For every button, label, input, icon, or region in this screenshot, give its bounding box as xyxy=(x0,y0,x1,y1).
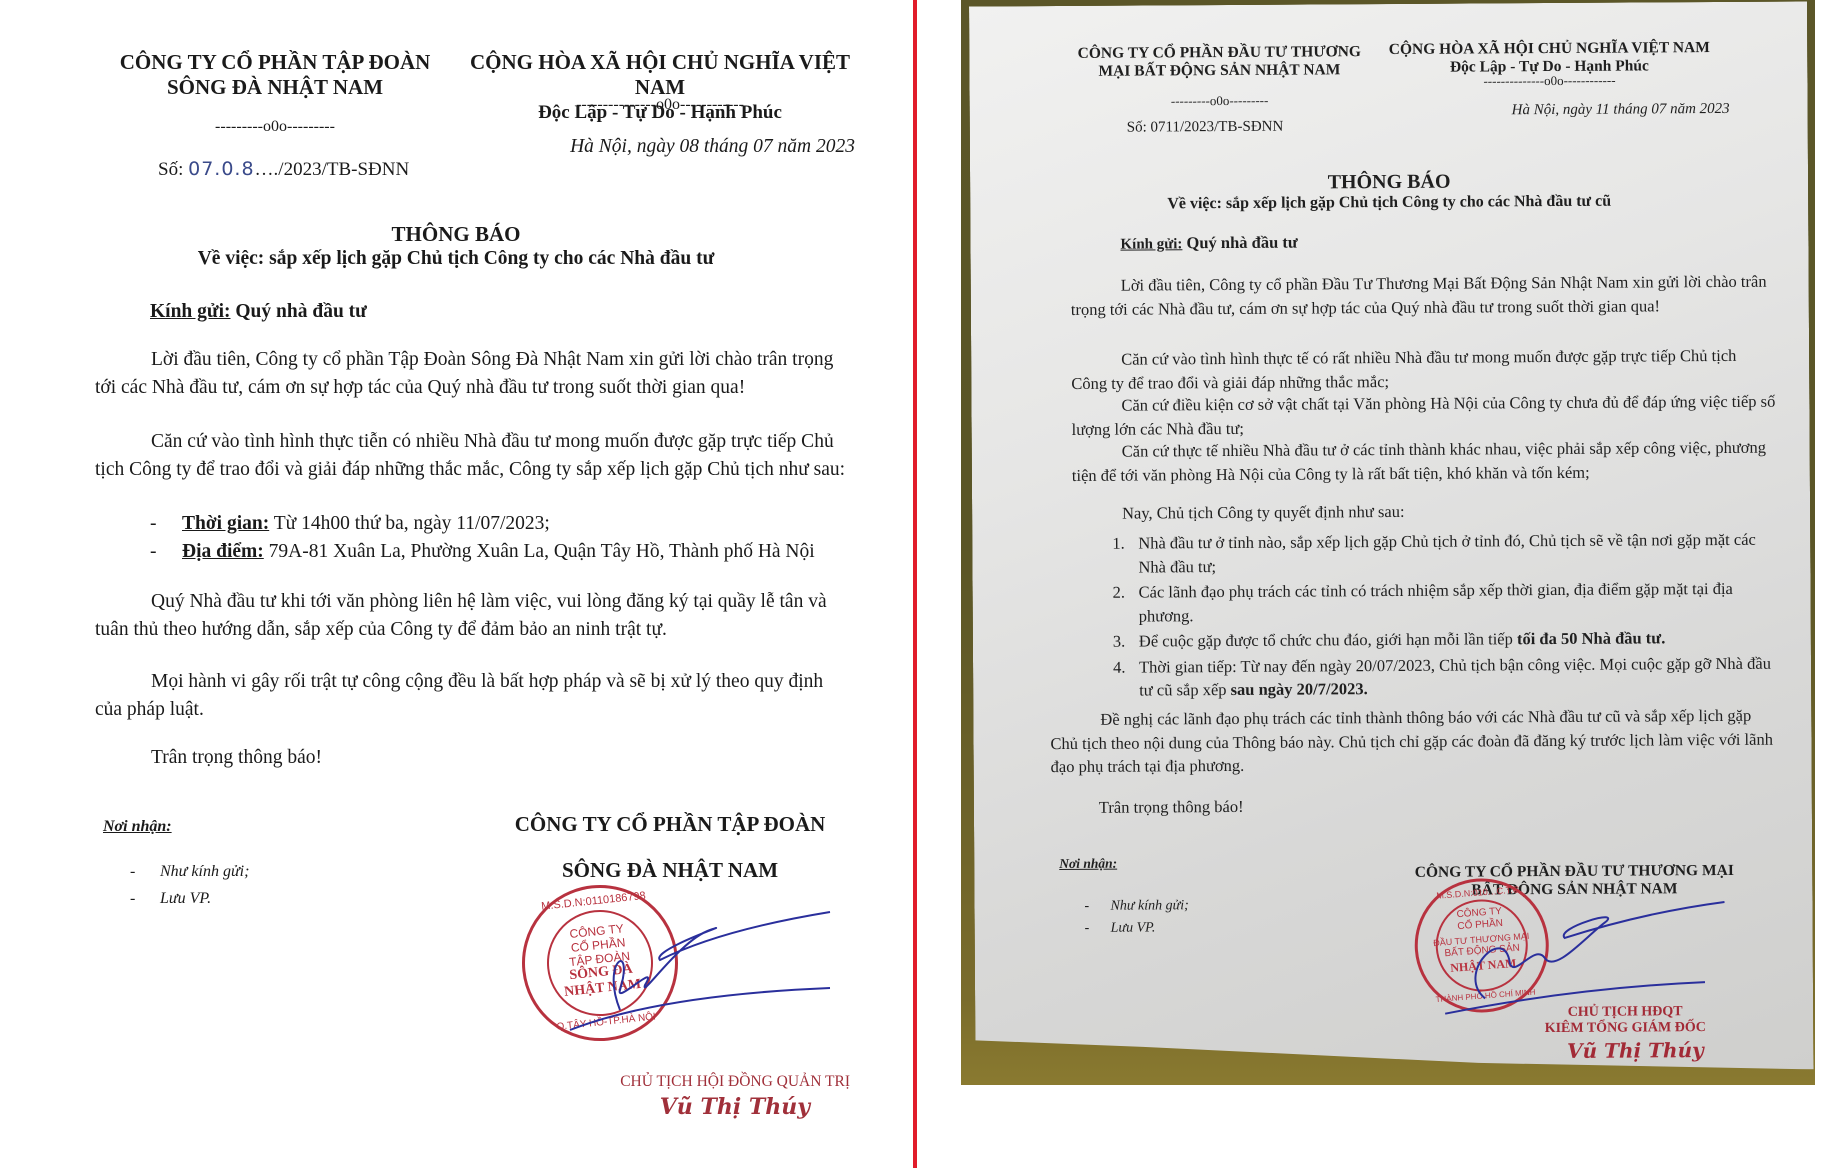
closing: Trân trọng thông báo! xyxy=(151,744,322,772)
recipient-line: Kính gửi: Quý nhà đầu tư xyxy=(1120,231,1297,258)
receiver-item: Như kính gửi; xyxy=(1110,898,1188,913)
left-company-header: CÔNG TY CỔ PHẦN TẬP ĐOÀN SÔNG ĐÀ NHẬT NA… xyxy=(100,50,450,100)
doc-number-suffix: …./2023/TB-SĐNN xyxy=(255,159,410,180)
decision-num: 1. xyxy=(1112,532,1138,579)
notice-title: THÔNG BÁO xyxy=(0,222,912,247)
decision-text: Nhà đầu tư ở tỉnh nào, sắp xếp lịch gặp … xyxy=(1138,530,1756,576)
schedule-value: 79A-81 Xuân La, Phường Xuân La, Quận Tây… xyxy=(269,541,815,562)
paragraph-registration: Quý Nhà đầu tư khi tới văn phòng liên hệ… xyxy=(95,588,855,644)
bullet-dash: - xyxy=(150,510,182,538)
receivers-list: -Như kính gửi; -Lưu VP. xyxy=(1084,895,1189,940)
company-name-line2: SÔNG ĐÀ NHẬT NAM xyxy=(100,75,450,100)
closing: Trân trọng thông báo! xyxy=(1099,795,1244,819)
recipient-label: Kính gửi: xyxy=(150,301,231,322)
bullet-dash: - xyxy=(150,538,182,566)
decision-intro: Nay, Chủ tịch Công ty quyết định như sau… xyxy=(1122,500,1405,525)
signoff-company-line2: SÔNG ĐÀ NHẬT NAM xyxy=(470,858,870,883)
schedule-value: Từ 14h00 thứ ba, ngày 11/07/2023; xyxy=(274,513,550,534)
notice-subject: Về việc: sắp xếp lịch gặp Chủ tịch Công … xyxy=(0,248,912,270)
schedule-item-place: - Địa điểm: 79A-81 Xuân La, Phường Xuân … xyxy=(150,538,870,566)
company-name-line2: MẠI BẤT ĐỘNG SẢN NHẬT NAM xyxy=(1069,61,1369,81)
company-name-line1: CÔNG TY CỔ PHẦN TẬP ĐOÀN xyxy=(100,50,450,75)
nation-separator: ---------------o0o------------ xyxy=(455,96,865,114)
decision-item: 4. Thời gian tiếp: Từ nay đến ngày 20/07… xyxy=(1113,651,1778,702)
nation-separator: --------------o0o------------ xyxy=(1409,72,1689,90)
recipient: Quý nhà đầu tư xyxy=(1186,233,1297,253)
right-company-header: CÔNG TY CỔ PHẦN ĐẦU TƯ THƯƠNG MẠI BẤT ĐỘ… xyxy=(1069,43,1369,81)
receivers-list: -Như kính gửi; -Lưu VP. xyxy=(130,858,249,912)
decision-bold: sau ngày 20/7/2023. xyxy=(1231,679,1368,699)
company-separator: ---------o0o--------- xyxy=(1110,92,1330,109)
schedule-label: Địa điểm: xyxy=(182,541,264,562)
bullet-dash: - xyxy=(130,885,160,912)
doc-number: Số: 0711/2023/TB-SĐNN xyxy=(1127,119,1284,137)
bullet-dash: - xyxy=(130,858,160,885)
place-date: Hà Nội, ngày 11 tháng 07 năm 2023 xyxy=(1390,101,1730,120)
decision-item: 1. Nhà đầu tư ở tỉnh nào, sắp xếp lịch g… xyxy=(1112,528,1777,579)
notice-subject: Về việc: sắp xếp lịch gặp Chủ tịch Công … xyxy=(970,191,1808,214)
decision-item: 2. Các lãnh đạo phụ trách các tỉnh có tr… xyxy=(1113,577,1778,628)
nation-line1: CỘNG HÒA XÃ HỘI CHỦ NGHĨA VIỆT NAM xyxy=(1369,39,1729,59)
paragraph-intro: Lời đầu tiên, Công ty cổ phần Tập Đoàn S… xyxy=(95,346,855,402)
company-name-line1: CÔNG TY CỔ PHẦN ĐẦU TƯ THƯƠNG xyxy=(1069,43,1369,63)
bullet-dash: - xyxy=(1084,896,1110,918)
red-divider-line xyxy=(913,0,917,1168)
paragraph-grounds: Căn cứ vào tình hình thực tiễn có nhiều … xyxy=(95,428,855,484)
schedule-list: - Thời gian: Từ 14h00 thứ ba, ngày 11/07… xyxy=(150,510,870,566)
paragraph-request: Đề nghị các lãnh đạo phụ trách các tỉnh … xyxy=(1050,704,1780,779)
receivers-label: Nơi nhận: xyxy=(103,818,172,836)
doc-number-label: Số: xyxy=(158,159,183,180)
right-document-photo: CÔNG TY CỔ PHẦN ĐẦU TƯ THƯƠNG MẠI BẤT ĐỘ… xyxy=(961,0,1815,1085)
decision-num: 2. xyxy=(1113,581,1139,628)
receiver-item: Lưu VP. xyxy=(160,890,211,907)
signer-name: Vũ Thị Thúy xyxy=(600,1094,810,1120)
decision-num: 4. xyxy=(1113,655,1139,702)
schedule-label: Thời gian: xyxy=(182,513,269,534)
receivers-label: Nơi nhận: xyxy=(1059,856,1117,872)
signer-name: Vũ Thị Thúy xyxy=(1535,1038,1735,1063)
recipient-line: Kính gửi: Quý nhà đầu tư xyxy=(150,298,367,326)
ground-3: Căn cứ thực tế nhiều Nhà đầu tư ở các tỉ… xyxy=(1072,436,1777,487)
decision-bold: tối đa 50 Nhà đầu tư. xyxy=(1517,628,1665,648)
signature-icon xyxy=(540,900,840,1050)
nation-line1: CỘNG HÒA XÃ HỘI CHỦ NGHĨA VIỆT NAM xyxy=(455,50,865,100)
doc-number-handwritten: 07.0.8 xyxy=(188,158,254,180)
paragraph-warning: Mọi hành vi gây rối trật tự công cộng đề… xyxy=(95,668,855,724)
signer-title-line2: KIÊM TỔNG GIÁM ĐỐC xyxy=(1495,1020,1755,1038)
doc-number: Số: 07.0.8…./2023/TB-SĐNN xyxy=(158,158,409,181)
bullet-dash: - xyxy=(1085,918,1111,940)
signer-title-line1: CHỦ TỊCH HĐQT xyxy=(1515,1004,1735,1021)
decision-text: Các lãnh đạo phụ trách các tỉnh có trách… xyxy=(1139,579,1733,625)
company-separator: ---------o0o--------- xyxy=(100,118,450,136)
decision-item: 3. Để cuộc gặp được tổ chức chu đáo, giớ… xyxy=(1113,626,1778,654)
receiver-item: Lưu VP. xyxy=(1111,920,1156,935)
decision-num: 3. xyxy=(1113,630,1139,654)
ground-2: Căn cứ điều kiện cơ sở vật chất tại Văn … xyxy=(1071,390,1776,441)
receiver-item: Như kính gửi; xyxy=(160,863,249,880)
schedule-item-time: - Thời gian: Từ 14h00 thứ ba, ngày 11/07… xyxy=(150,510,870,538)
ground-1: Căn cứ vào tình hình thực tế có rất nhiề… xyxy=(1071,344,1776,395)
recipient-label: Kính gửi: xyxy=(1120,236,1182,252)
right-document-paper: CÔNG TY CỔ PHẦN ĐẦU TƯ THƯƠNG MẠI BẤT ĐỘ… xyxy=(969,1,1814,1074)
decision-text: Để cuộc gặp được tổ chức chu đáo, giới h… xyxy=(1139,629,1517,650)
signer-title: CHỦ TỊCH HỘI ĐỒNG QUẢN TRỊ xyxy=(590,1073,850,1091)
left-document: CÔNG TY CỔ PHẦN TẬP ĐOÀN SÔNG ĐÀ NHẬT NA… xyxy=(0,0,912,1168)
signoff-company-line1: CÔNG TY CỔ PHẦN TẬP ĐOÀN xyxy=(470,812,870,837)
place-date: Hà Nội, ngày 08 tháng 07 năm 2023 xyxy=(455,136,855,158)
paragraph-intro: Lời đầu tiên, Công ty cổ phần Đầu Tư Thư… xyxy=(1071,270,1776,321)
decision-list: 1. Nhà đầu tư ở tỉnh nào, sắp xếp lịch g… xyxy=(1112,528,1778,703)
signature-icon xyxy=(1424,882,1755,1024)
recipient: Quý nhà đầu tư xyxy=(235,301,366,322)
